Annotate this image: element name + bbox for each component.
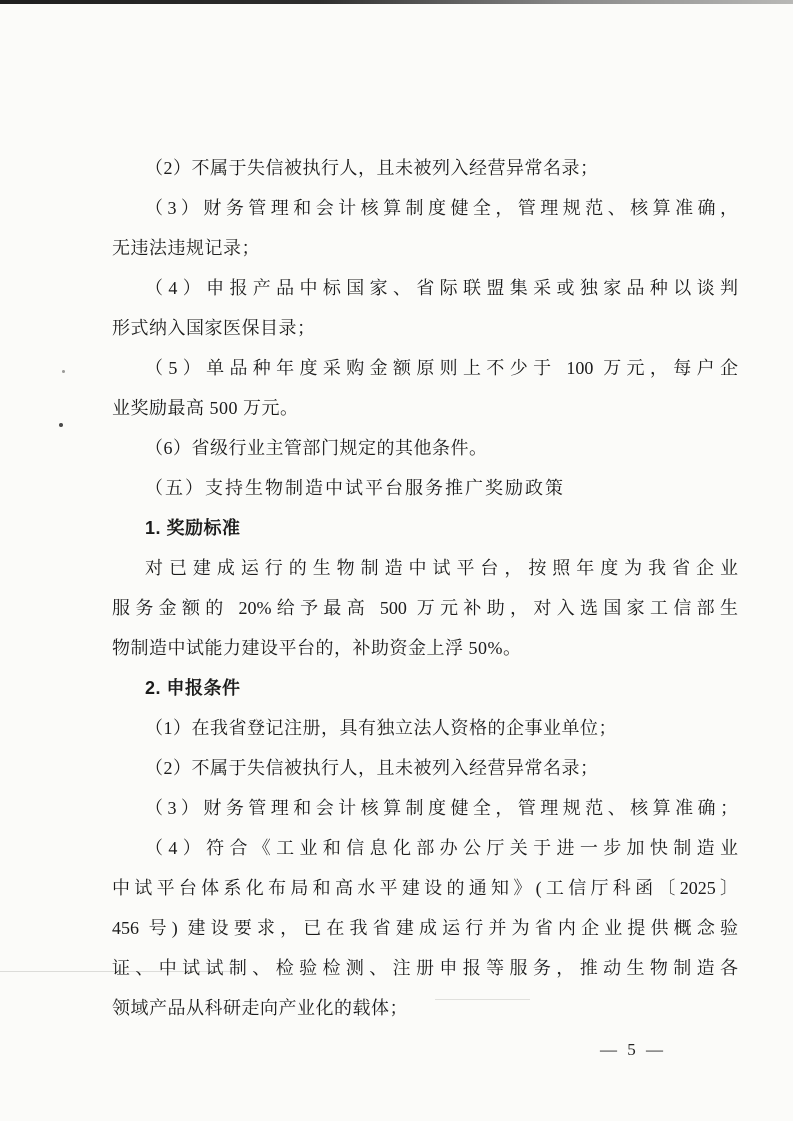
document-line: 形式纳入国家医保目录； [112,308,738,348]
document-line: 领域产品从科研走向产业化的载体； [112,988,738,1028]
scanned-document-page: （2）不属于失信被执行人，且未被列入经营异常名录；（3）财务管理和会计核算制度健… [0,0,793,1121]
scan-artifact-dot [59,423,63,427]
document-line: （4）符合《工业和信息化部办公厅关于进一步加快制造业 [112,828,738,868]
document-line: （2）不属于失信被执行人，且未被列入经营异常名录； [112,148,738,188]
document-line: （4）申报产品中标国家、省际联盟集采或独家品种以谈判 [112,268,738,308]
document-line: 服务金额的 20%给予最高 500 万元补助，对入选国家工信部生 [112,588,738,628]
scan-artifact-top-edge [0,0,793,4]
document-line: （3）财务管理和会计核算制度健全，管理规范、核算准确， [112,188,738,228]
document-line: 456 号) 建设要求，已在我省建成运行并为省内企业提供概念验 [112,908,738,948]
document-body: （2）不属于失信被执行人，且未被列入经营异常名录；（3）财务管理和会计核算制度健… [112,148,738,1028]
document-line: 2. 申报条件 [112,668,738,708]
page-number: — 5 — [600,1036,666,1064]
document-line: 物制造中试能力建设平台的，补助资金上浮 50%。 [112,628,738,668]
document-line: （1）在我省登记注册，具有独立法人资格的企事业单位； [112,708,738,748]
scan-artifact-dot [62,370,65,373]
document-line: 1. 奖励标准 [112,508,738,548]
document-line: 中试平台体系化布局和高水平建设的通知》(工信厅科函〔2025〕 [112,868,738,908]
document-line: 对已建成运行的生物制造中试平台，按照年度为我省企业 [112,548,738,588]
document-line: （五）支持生物制造中试平台服务推广奖励政策 [112,468,738,508]
document-line: 证、中试试制、检验检测、注册申报等服务，推动生物制造各 [112,948,738,988]
document-line: 无违法违规记录； [112,228,738,268]
document-line: （3）财务管理和会计核算制度健全，管理规范、核算准确； [112,788,738,828]
document-line: 业奖励最高 500 万元。 [112,388,738,428]
document-line: （6）省级行业主管部门规定的其他条件。 [112,428,738,468]
document-line: （2）不属于失信被执行人，且未被列入经营异常名录； [112,748,738,788]
document-line: （5）单品种年度采购金额原则上不少于 100 万元，每户企 [112,348,738,388]
